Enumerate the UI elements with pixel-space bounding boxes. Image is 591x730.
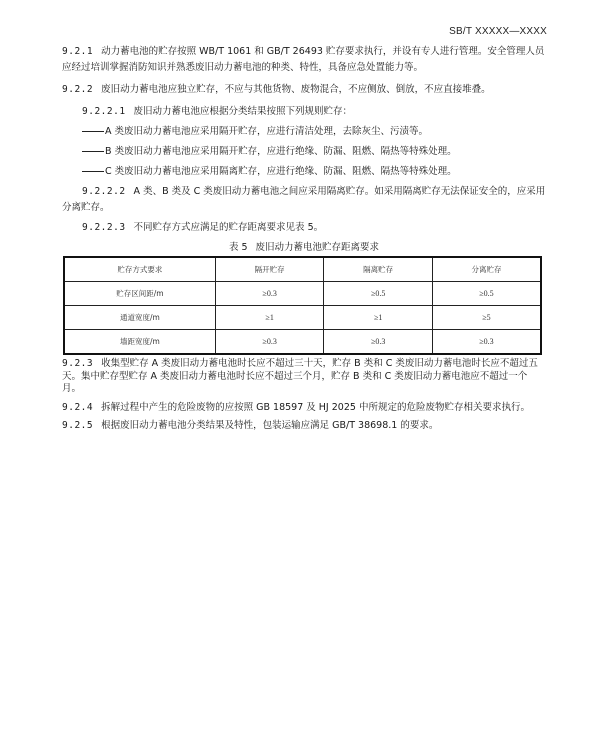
clause-9-2-2-1: 9.2.2.1废旧动力蓄电池应根据分类结果按照下列规则贮存： xyxy=(62,104,546,120)
clause-text: 动力蓄电池的贮存按照 WB/T 1061 和 GB/T 26493 贮存要求执行… xyxy=(62,46,544,73)
table-title: 废旧动力蓄电池贮存距离要求 xyxy=(256,242,380,253)
clause-number: 9.2.2 xyxy=(62,84,93,95)
table-row-label: 墙距宽度/m xyxy=(64,330,215,355)
list-item-text: 类废旧动力蓄电池应采用隔开贮存，应进行绝缘、防漏、阻燃、隔热等特殊处理。 xyxy=(115,146,457,157)
clause-number: 9.2.2.3 xyxy=(82,222,126,233)
clause-9-2-3: 9.2.3收集型贮存 A 类废旧动力蓄电池时长应不超过三十天，贮存 B 类和 C… xyxy=(62,358,546,396)
table-cell: ≥0.3 xyxy=(215,330,324,355)
table-cell: ≥0.3 xyxy=(215,282,324,306)
table-row-label: 通道宽度/m xyxy=(64,306,215,330)
clause-text: 根据废旧动力蓄电池分类结果及特性，包装运输应满足 GB/T 38698.1 的要… xyxy=(101,420,438,431)
clause-text: A 类、B 类及 C 类废旧动力蓄电池之间应采用隔离贮存。如采用隔离贮存无法保证… xyxy=(62,186,545,213)
storage-distance-table: 贮存方式要求 隔开贮存 隔离贮存 分离贮存 贮存区间距/m ≥0.3 ≥0.5 … xyxy=(63,256,542,355)
table-row-label: 贮存区间距/m xyxy=(64,282,215,306)
table-header-cell: 隔离贮存 xyxy=(324,257,433,282)
table-cell: ≥0.5 xyxy=(432,282,541,306)
clause-9-2-2: 9.2.2废旧动力蓄电池应独立贮存，不应与其他货物、废物混合，不应侧放、倒放，不… xyxy=(62,82,546,98)
clause-text: 不同贮存方式应满足的贮存距离要求见表 5。 xyxy=(134,222,324,233)
clause-number: 9.2.2.1 xyxy=(82,106,126,117)
clause-9-2-4: 9.2.4拆解过程中产生的危险废物的应按照 GB 18597 及 HJ 2025… xyxy=(62,402,546,415)
clause-text: 废旧动力蓄电池应根据分类结果按照下列规则贮存： xyxy=(134,106,353,117)
list-item-label: B xyxy=(105,146,112,157)
table-header-cell: 隔开贮存 xyxy=(215,257,324,282)
clause-number: 9.2.5 xyxy=(62,420,93,431)
table-header-cell: 贮存方式要求 xyxy=(64,257,215,282)
table-row: 墙距宽度/m ≥0.3 ≥0.3 ≥0.3 xyxy=(64,330,541,355)
list-item-class-b: B 类废旧动力蓄电池应采用隔开贮存，应进行绝缘、防漏、阻燃、隔热等特殊处理。 xyxy=(62,144,546,160)
document-body-continued: 9.2.3收集型贮存 A 类废旧动力蓄电池时长应不超过三十天，贮存 B 类和 C… xyxy=(62,358,546,439)
document-code-header: SB/T XXXXX—XXXX xyxy=(449,26,547,37)
table-caption: 表 5废旧动力蓄电池贮存距离要求 xyxy=(62,240,546,256)
clause-9-2-2-3: 9.2.2.3不同贮存方式应满足的贮存距离要求见表 5。 xyxy=(62,220,546,236)
list-item-label: A xyxy=(105,126,112,137)
clause-number: 9.2.1 xyxy=(62,46,93,57)
list-item-text: 类废旧动力蓄电池应采用隔开贮存，应进行清洁处理，去除灰尘、污渍等。 xyxy=(115,126,429,137)
clause-9-2-1: 9.2.1动力蓄电池的贮存按照 WB/T 1061 和 GB/T 26493 贮… xyxy=(62,44,546,76)
em-dash-bullet xyxy=(82,151,104,152)
clause-text: 拆解过程中产生的危险废物的应按照 GB 18597 及 HJ 2025 中所规定… xyxy=(101,402,530,413)
list-item-label: C xyxy=(105,166,112,177)
table-header-cell: 分离贮存 xyxy=(432,257,541,282)
table-header-row: 贮存方式要求 隔开贮存 隔离贮存 分离贮存 xyxy=(64,257,541,282)
table-cell: ≥5 xyxy=(432,306,541,330)
table-cell: ≥0.3 xyxy=(432,330,541,355)
clause-9-2-5: 9.2.5根据废旧动力蓄电池分类结果及特性，包装运输应满足 GB/T 38698… xyxy=(62,420,546,433)
clause-9-2-2-2: 9.2.2.2A 类、B 类及 C 类废旧动力蓄电池之间应采用隔离贮存。如采用隔… xyxy=(62,184,546,216)
table-cell: ≥0.3 xyxy=(324,330,433,355)
clause-number: 9.2.2.2 xyxy=(82,186,126,197)
clause-number: 9.2.4 xyxy=(62,402,93,413)
table-cell: ≥0.5 xyxy=(324,282,433,306)
clause-number: 9.2.3 xyxy=(62,358,93,369)
table-row: 通道宽度/m ≥1 ≥1 ≥5 xyxy=(64,306,541,330)
em-dash-bullet xyxy=(82,171,104,172)
list-item-class-a: A 类废旧动力蓄电池应采用隔开贮存，应进行清洁处理，去除灰尘、污渍等。 xyxy=(62,124,546,140)
table-number: 表 5 xyxy=(229,242,248,253)
clause-text: 收集型贮存 A 类废旧动力蓄电池时长应不超过三十天，贮存 B 类和 C 类废旧动… xyxy=(62,358,538,394)
table-cell: ≥1 xyxy=(215,306,324,330)
document-body: 9.2.1动力蓄电池的贮存按照 WB/T 1061 和 GB/T 26493 贮… xyxy=(62,44,546,262)
list-item-class-c: C 类废旧动力蓄电池应采用隔离贮存，应进行绝缘、防漏、阻燃、隔热等特殊处理。 xyxy=(62,164,546,180)
table-row: 贮存区间距/m ≥0.3 ≥0.5 ≥0.5 xyxy=(64,282,541,306)
em-dash-bullet xyxy=(82,131,104,132)
clause-text: 废旧动力蓄电池应独立贮存，不应与其他货物、废物混合，不应侧放、倒放，不应直接堆叠… xyxy=(101,84,491,95)
table-cell: ≥1 xyxy=(324,306,433,330)
list-item-text: 类废旧动力蓄电池应采用隔离贮存，应进行绝缘、防漏、阻燃、隔热等特殊处理。 xyxy=(115,166,457,177)
